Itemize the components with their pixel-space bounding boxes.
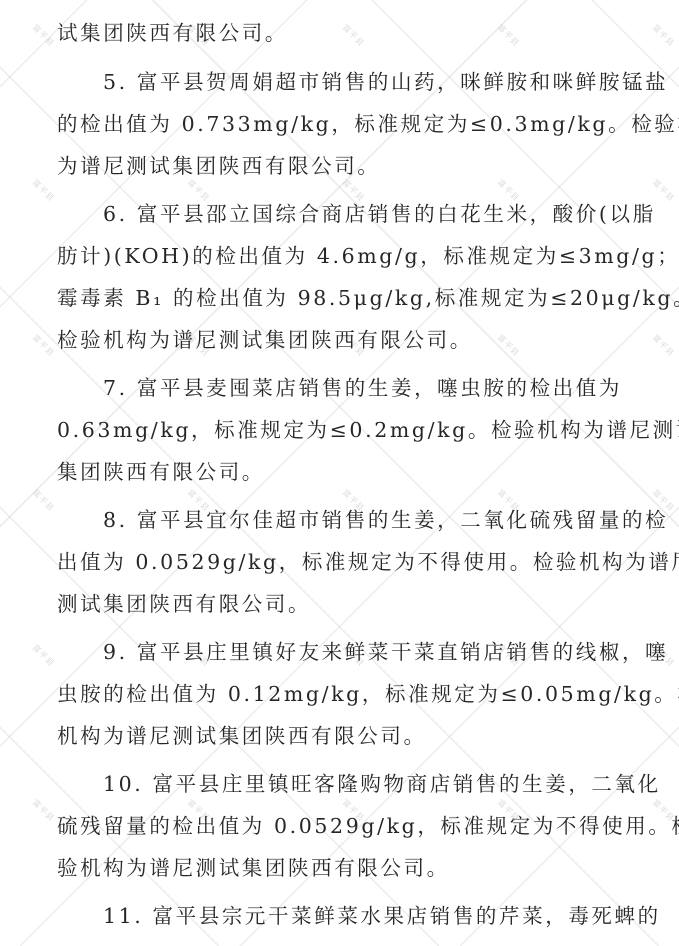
paragraph-8: 8. 富平县宜尔佳超市销售的生姜，二氧化硫残留量的检 出值为 0.0529g/k… [57,499,609,625]
paragraph-line: 7. 富平县麦囤菜店销售的生姜，噻虫胺的检出值为 [57,367,609,409]
paragraph-6: 6. 富平县邵立国综合商店销售的白花生米，酸价(以脂 肪计)(KOH)的检出值为… [57,193,609,361]
paragraph-line: 集团陕西有限公司。 [57,451,609,493]
paragraph-line: 11. 富平县宗元干菜鲜菜水果店销售的芹菜，毒死蜱的 [57,895,609,937]
paragraph-line: 出值为 0.0529g/kg，标准规定为不得使用。检验机构为谱尼 [57,541,609,583]
paragraph-10: 10. 富平县庄里镇旺客隆购物商店销售的生姜，二氧化 硫残留量的检出值为 0.0… [57,763,609,889]
paragraph-7: 7. 富平县麦囤菜店销售的生姜，噻虫胺的检出值为 0.63mg/kg，标准规定为… [57,367,609,493]
paragraph-line: 肪计)(KOH)的检出值为 4.6mg/g，标准规定为≤3mg/g；黄曲 [57,235,609,277]
paragraph-line: 机构为谱尼测试集团陕西有限公司。 [57,715,609,757]
paragraph-line: 霉毒素 B₁ 的检出值为 98.5μg/kg,标准规定为≤20μg/kg。 [57,277,609,319]
paragraph-line: 10. 富平县庄里镇旺客隆购物商店销售的生姜，二氧化 [57,763,609,805]
document-body: 试集团陕西有限公司。 5. 富平县贺周娟超市销售的山药，咪鲜胺和咪鲜胺锰盐 的检… [57,12,609,943]
paragraph-line: 的检出值为 0.733mg/kg，标准规定为≤0.3mg/kg。检验机构 [57,103,609,145]
continued-line: 试集团陕西有限公司。 [57,12,609,54]
watermark-stamp: 富平县 [650,332,677,359]
paragraph-line: 8. 富平县宜尔佳超市销售的生姜，二氧化硫残留量的检 [57,499,609,541]
paragraph-line: 6. 富平县邵立国综合商店销售的白花生米，酸价(以脂 [57,193,609,235]
paragraph-line: 验机构为谱尼测试集团陕西有限公司。 [57,847,609,889]
paragraph-11: 11. 富平县宗元干菜鲜菜水果店销售的芹菜，毒死蜱的 [57,895,609,937]
watermark-stamp: 富平县 [30,642,57,669]
watermark-stamp: 富平县 [30,487,57,514]
watermark-stamp: 富平县 [650,22,677,49]
paragraph-line: 0.63mg/kg，标准规定为≤0.2mg/kg。检验机构为谱尼测试 [57,409,609,451]
paragraph-line: 为谱尼测试集团陕西有限公司。 [57,145,609,187]
watermark-stamp: 富平县 [30,177,57,204]
paragraph-9: 9. 富平县庄里镇好友来鲜菜干菜直销店销售的线椒，噻 虫胺的检出值为 0.12m… [57,631,609,757]
paragraph-line: 检验机构为谱尼测试集团陕西有限公司。 [57,319,609,361]
paragraph-line: 测试集团陕西有限公司。 [57,583,609,625]
watermark-stamp: 富平县 [30,22,57,49]
paragraph-line: 虫胺的检出值为 0.12mg/kg，标准规定为≤0.05mg/kg。检验 [57,673,609,715]
watermark-stamp: 富平县 [30,332,57,359]
watermark-stamp: 富平县 [30,797,57,824]
paragraph-line: 硫残留量的检出值为 0.0529g/kg，标准规定为不得使用。检 [57,805,609,847]
paragraph-line: 5. 富平县贺周娟超市销售的山药，咪鲜胺和咪鲜胺锰盐 [57,61,609,103]
paragraph-line: 9. 富平县庄里镇好友来鲜菜干菜直销店销售的线椒，噻 [57,631,609,673]
paragraph-5: 5. 富平县贺周娟超市销售的山药，咪鲜胺和咪鲜胺锰盐 的检出值为 0.733mg… [57,61,609,187]
